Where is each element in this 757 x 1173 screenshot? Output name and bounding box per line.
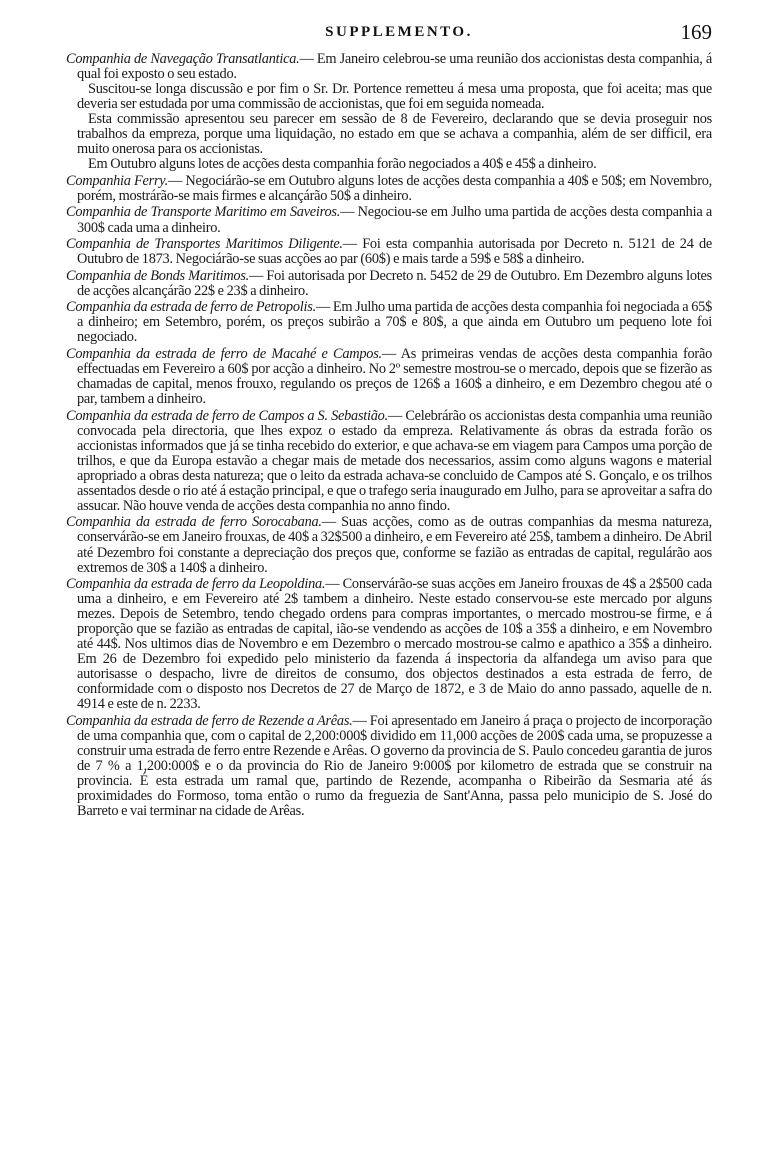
document-page: SUPPLEMENTO. 169 Companhia de Navegação …	[66, 20, 712, 821]
company-name: Companhia de Transportes Maritimos Dilig…	[66, 236, 343, 252]
entry-paragraph: Em Outubro alguns lotes de acções desta …	[77, 157, 712, 172]
entry-rezende-areas: Companhia da estrada de ferro de Rezende…	[66, 714, 712, 819]
running-head: SUPPLEMENTO.	[66, 24, 712, 41]
entry-leopoldina: Companhia da estrada de ferro da Leopold…	[66, 577, 712, 712]
company-name: Companhia Ferry.	[66, 173, 168, 189]
entry-transportes-diligente: Companhia de Transportes Maritimos Dilig…	[66, 237, 712, 267]
entry-sorocabana: Companhia da estrada de ferro Sorocabana…	[66, 515, 712, 575]
entry-campos-sebastiao: Companhia da estrada de ferro de Campos …	[66, 409, 712, 514]
company-entries: Companhia de Navegação Transatlantica.— …	[66, 52, 712, 819]
company-name: Companhia de Bonds Maritimos.	[66, 268, 249, 284]
entry-text: — Foi apresentado em Janeiro á praça o p…	[77, 713, 712, 819]
entry-transporte-saveiros: Companhia de Transporte Maritimo em Save…	[66, 205, 712, 235]
entry-text: — Negociárão-se em Outubro alguns lotes …	[77, 173, 712, 204]
entry-navegacao-transatlantica: Companhia de Navegação Transatlantica.— …	[66, 52, 712, 172]
page-number: 169	[681, 20, 713, 45]
company-name: Companhia da estrada de ferro de Rezende…	[66, 713, 353, 729]
company-name: Companhia de Navegação Transatlantica.	[66, 51, 299, 67]
entry-ferry: Companhia Ferry.— Negociárão-se em Outub…	[66, 174, 712, 204]
page-header: SUPPLEMENTO. 169	[66, 20, 712, 50]
entry-paragraph: Esta commissão apresentou seu parecer em…	[77, 112, 712, 157]
company-name: Companhia da estrada de ferro da Leopold…	[66, 576, 325, 592]
entry-petropolis: Companhia da estrada de ferro de Petropo…	[66, 300, 712, 345]
entry-macahe-campos: Companhia da estrada de ferro de Macahé …	[66, 347, 712, 407]
entry-text: — Conservárão-se suas acções em Janeiro …	[77, 576, 712, 712]
company-name: Companhia da estrada de ferro de Macahé …	[66, 346, 382, 362]
company-name: Companhia da estrada de ferro de Petropo…	[66, 299, 316, 315]
company-name: Companhia de Transporte Maritimo em Save…	[66, 204, 340, 220]
entry-paragraph: Suscitou-se longa discussão e por fim o …	[77, 82, 712, 112]
company-name: Companhia da estrada de ferro Sorocabana…	[66, 514, 322, 530]
company-name: Companhia da estrada de ferro de Campos …	[66, 408, 388, 424]
entry-text: — Celebrárão os accionistas desta compan…	[77, 408, 712, 514]
entry-bonds-maritimos: Companhia de Bonds Maritimos.— Foi autor…	[66, 269, 712, 299]
